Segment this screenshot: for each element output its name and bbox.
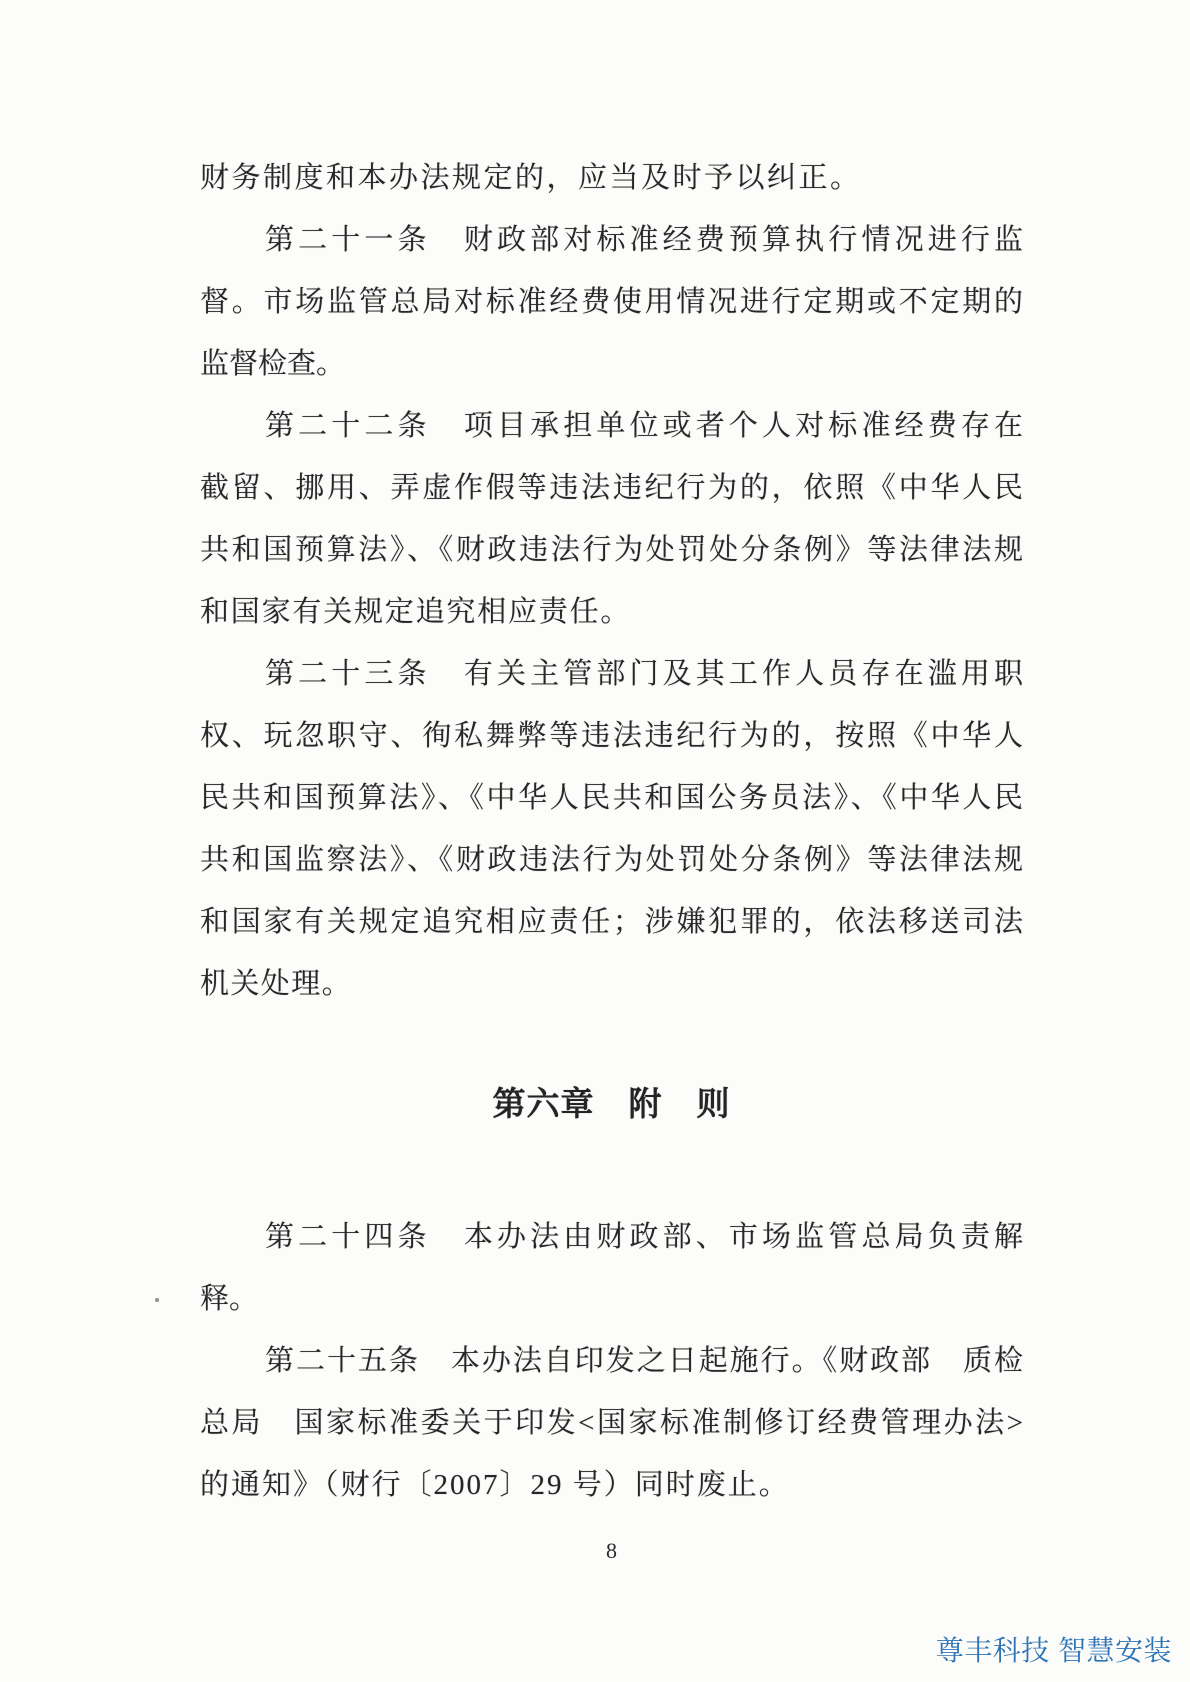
paragraph-line: 第二十四条 本办法由财政部、市场监管总局负责解 — [200, 1206, 1023, 1268]
paragraph-line: 和国家有关规定追究相应责任；涉嫌犯罪的，依法移送司法 — [200, 891, 1023, 953]
paragraph-line: 督。市场监管总局对标准经费使用情况进行定期或不定期的 — [200, 271, 1023, 333]
document-page: 财务制度和本办法规定的，应当及时予以纠正。 第二十一条 财政部对标准经费预算执行… — [0, 0, 1190, 1682]
paragraph-line: 共和国监察法》、《财政违法行为处罚处分条例》等法律法规 — [200, 829, 1023, 891]
paragraph-line: 截留、挪用、弄虚作假等违法违纪行为的，依照《中华人民 — [200, 457, 1023, 519]
paragraph-line: 第二十五条 本办法自印发之日起施行。《财政部 质检 — [200, 1330, 1023, 1392]
paragraph-line: 监督检查。 — [200, 333, 1023, 395]
paragraph-line: 释。 — [200, 1268, 1023, 1330]
paragraph-line: 第二十二条 项目承担单位或者个人对标准经费存在 — [200, 395, 1023, 457]
body-text-lower: 第二十四条 本办法由财政部、市场监管总局负责解 释。 第二十五条 本办法自印发之… — [200, 1206, 1023, 1516]
paragraph-line: 第二十一条 财政部对标准经费预算执行情况进行监 — [200, 209, 1023, 271]
paragraph-line: 的通知》（财行〔2007〕29 号）同时废止。 — [200, 1454, 1023, 1516]
paragraph-line: 第二十三条 有关主管部门及其工作人员存在滥用职 — [200, 643, 1023, 705]
body-text-upper: 财务制度和本办法规定的，应当及时予以纠正。 第二十一条 财政部对标准经费预算执行… — [200, 147, 1023, 1015]
paragraph-line: 机关处理。 — [200, 953, 1023, 1015]
vendor-watermark: 尊丰科技 智慧安装 — [936, 1634, 1172, 1668]
paragraph-line: 和国家有关规定追究相应责任。 — [200, 581, 1023, 643]
paragraph-line: 民共和国预算法》、《中华人民共和国公务员法》、《中华人民 — [200, 767, 1023, 829]
scan-artifact-dot — [155, 1298, 159, 1302]
paragraph-line: 总局 国家标准委关于印发<国家标准制修订经费管理办法> — [200, 1392, 1023, 1454]
paragraph-line: 权、玩忽职守、徇私舞弊等违法违纪行为的，按照《中华人 — [200, 705, 1023, 767]
paragraph-line: 共和国预算法》、《财政违法行为处罚处分条例》等法律法规 — [200, 519, 1023, 581]
chapter-heading: 第六章 附 则 — [200, 1080, 1023, 1130]
paragraph-line: 财务制度和本办法规定的，应当及时予以纠正。 — [200, 147, 1023, 209]
page-number: 8 — [200, 1536, 1023, 1566]
